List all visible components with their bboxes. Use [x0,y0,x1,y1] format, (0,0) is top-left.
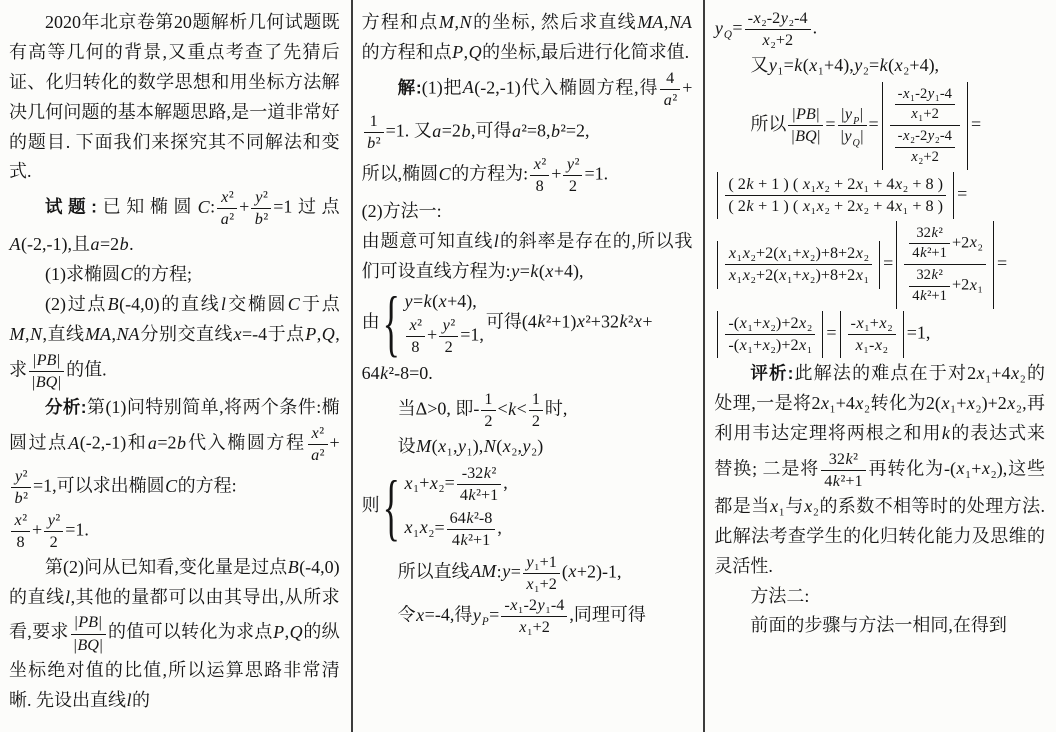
fraction-numerator: x² [406,316,425,337]
fraction-denominator: 4k²+1 [909,244,950,262]
fraction-denominator: 4k²+1 [909,287,950,305]
fraction: -x₂-2y₂-4x₂+2 [745,9,811,50]
fraction-denominator: x₁-x₂ [848,335,896,355]
paragraph: 又y₁=k(x₁+4),y₂=k(x₂+4), [714,51,1045,81]
cases-row: x₁+x₂=-32k²4k²+1, [404,463,508,506]
fraction-numerator: x² [11,511,30,532]
fraction: x²8 [530,155,549,196]
absolute-value-group: 32k²4k²+1+2x₂32k²4k²+1+2x₁ [896,221,994,309]
fraction: x²a² [217,188,237,229]
paragraph: x₁x₂+2(x₁+x₂)+8+2x₂x₁x₂+2(x₁+x₂)+8+2x₁=3… [714,220,1045,310]
fraction-denominator: |BQ| [71,635,106,655]
fraction: y²b² [251,188,271,229]
fraction-denominator: x₁+2 [895,105,955,123]
fraction-numerator: -x₁-2y₁-4 [895,86,955,105]
fraction-numerator: ( 2k + 1 ) ( x₁x₂ + 2x₁ + 4x₂ + 8 ) [725,175,946,196]
fraction: 1b² [364,112,384,153]
fraction-denominator: ( 2k + 1 ) ( x₁x₂ + 2x₂ + 4x₁ + 8 ) [725,196,946,216]
fraction-denominator: 8 [530,176,549,196]
column-middle: 方程和点M,N的坐标, 然后求直线MA,NA的方程和点P,Q的坐标,最后进行化简… [353,0,704,732]
subscript: P [853,116,860,127]
column-right: yQ=-x₂-2y₂-4x₂+2.又y₁=k(x₁+4),y₂=k(x₂+4),… [705,0,1056,732]
fraction-numerator: x² [217,188,237,209]
fraction-denominator: -x₂-2y₂-4x₂+2 [890,126,960,166]
fraction-denominator: 2 [44,532,63,552]
fraction: |yP||yQ| [838,105,867,146]
fraction-numerator: 32k²4k²+1+2x₂ [904,224,986,265]
fraction-numerator: |PB| [29,351,64,372]
subscript: Q [852,138,860,149]
fraction-denominator: b² [251,209,271,229]
section-label: 试题: [45,197,97,217]
cases-row: x²8+y²2=1, [404,315,484,358]
absolute-value-group: -x₁-2y₁-4x₁+2-x₂-2y₂-4x₂+2 [882,82,968,170]
fraction: -x₁-2y₁-4x₁+2 [895,86,955,123]
fraction-denominator: x₁+2 [501,617,567,637]
paragraph: 所以,椭圆C的方程为:x²8+y²2=1. [362,154,693,197]
fraction-numerator: 1 [364,112,384,133]
fraction-denominator: 2 [563,176,582,196]
fraction: -x₁-2y₁-4x₁+2 [501,596,567,637]
paragraph: x²8+y²2=1. [9,510,340,553]
column-left: 2020年北京卷第20题解析几何试题既有高等几何的背景,又重点考查了先猜后证、化… [0,0,351,732]
fraction-numerator: -x₁-2y₁-4x₁+2 [890,85,960,126]
paragraph: 2020年北京卷第20题解析几何试题既有高等几何的背景,又重点考查了先猜后证、化… [9,8,340,187]
fraction-numerator: y² [251,188,271,209]
fraction-numerator: 1 [529,390,543,411]
paragraph: (2)方法一: [362,197,693,227]
fraction: -x₁-2y₁-4x₁+2-x₂-2y₂-4x₂+2 [890,85,960,167]
fraction: 12 [481,390,495,431]
fraction-denominator: 32k²4k²+1+2x₁ [904,265,986,305]
fraction-numerator: 32k² [909,267,950,286]
fraction-denominator: x₂+2 [745,30,811,50]
fraction-denominator: a² [217,209,237,229]
fraction-denominator: a² [308,445,328,465]
absolute-value-group: ( 2k + 1 ) ( x₁x₂ + 2x₁ + 4x₂ + 8 )( 2k … [717,172,954,219]
fraction-numerator: -x₁+x₂ [848,314,896,335]
paragraph: yQ=-x₂-2y₂-4x₂+2. [714,8,1045,51]
fraction-numerator: 32k² [909,225,950,244]
paragraph: (1)求椭圆C的方程; [9,260,340,290]
fraction-denominator: 2 [481,411,495,431]
fraction: y²2 [439,316,458,357]
cases-rows: x₁+x₂=-32k²4k²+1,x₁x₂=64k²-84k²+1, [404,463,508,550]
fraction: y²2 [44,511,63,552]
fraction-denominator: b² [11,488,31,508]
fraction-numerator: x² [530,155,549,176]
fraction-numerator: 4 [660,69,680,90]
fraction-denominator: |yQ| [838,126,867,146]
fraction-denominator: x₂+2 [895,148,955,166]
paragraph: -(x₁+x₂)+2x₂-(x₁+x₂)+2x₁=-x₁+x₂x₁-x₂=1, [714,310,1045,359]
fraction: x₁x₂+2(x₁+x₂)+8+2x₂x₁x₂+2(x₁+x₂)+8+2x₁ [725,244,872,285]
fraction: y²b² [11,467,31,508]
paragraph: 第(2)问从已知看,变化量是过点B(-4,0)的直线l,其他的量都可以由其导出,… [9,553,340,716]
fraction-denominator: |BQ| [29,372,64,392]
paragraph: 解:(1)把A(-2,-1)代入椭圆方程,得4a²+1b²=1. 又a=2b,可… [362,68,693,154]
article-page: 2020年北京卷第20题解析几何试题既有高等几何的背景,又重点考查了先猜后证、化… [0,0,1056,732]
fraction: -32k²4k²+1 [457,464,501,505]
cases-group: {x₁+x₂=-32k²4k²+1,x₁x₂=64k²-84k²+1, [382,463,508,550]
fraction: y²2 [563,155,582,196]
fraction-numerator: |yP| [838,105,867,126]
fraction: -x₁+x₂x₁-x₂ [848,314,896,355]
fraction: ( 2k + 1 ) ( x₁x₂ + 2x₁ + 4x₂ + 8 )( 2k … [725,175,946,216]
fraction-numerator: |PB| [71,613,106,634]
paragraph: 所以直线AM:y=y₁+1x₁+2(x+2)-1, [362,552,693,595]
fraction-numerator: y² [439,316,458,337]
paragraph: ( 2k + 1 ) ( x₁x₂ + 2x₁ + 4x₂ + 8 )( 2k … [714,171,1045,220]
section-label: 分析: [45,397,87,417]
subscript: P [481,616,489,628]
paragraph: 分析:第(1)问特别简单,将两个条件:椭圆过点A(-2,-1)和a=2b代入椭圆… [9,393,340,509]
fraction-denominator: x₁+2 [523,574,560,594]
fraction-numerator: -x₂-2y₂-4 [745,9,811,30]
fraction-denominator: 8 [406,337,425,357]
absolute-value-group: x₁x₂+2(x₁+x₂)+8+2x₂x₁x₂+2(x₁+x₂)+8+2x₁ [717,241,880,288]
fraction: x²a² [308,424,328,465]
fraction-denominator: x₁x₂+2(x₁+x₂)+8+2x₁ [725,265,872,285]
fraction-denominator: b² [364,133,384,153]
fraction-numerator: y² [44,511,63,532]
fraction-numerator: -x₂-2y₂-4 [895,128,955,147]
section-label: 解: [398,77,422,97]
fraction-denominator: 4k²+1 [457,485,501,505]
fraction: 12 [529,390,543,431]
fraction: x²8 [11,511,30,552]
paragraph: 由题意可知直线l的斜率是存在的,所以我们可设直线方程为:y=k(x+4), [362,227,693,287]
section-label: 评析: [750,363,793,383]
fraction: |PB||BQ| [29,351,64,392]
fraction-denominator: |BQ| [788,126,823,146]
fraction-numerator: -32k² [457,464,501,485]
fraction-numerator: 64k²-8 [447,509,496,530]
fraction: 32k²4k²+1+2x₂32k²4k²+1+2x₁ [904,224,986,306]
left-brace: { [383,470,400,544]
fraction-denominator: a² [660,90,680,110]
paragraph: 由{y=k(x+4),x²8+y²2=1,可得(4k²+1)x²+32k²x+ [362,287,693,359]
fraction-denominator: 2 [529,411,543,431]
fraction-numerator: y² [11,467,31,488]
fraction: -x₂-2y₂-4x₂+2 [895,128,955,165]
cases-group: {y=k(x+4),x²8+y²2=1, [382,288,484,358]
fraction-denominator: 4k²+1 [447,530,496,550]
paragraph: 设M(x₁,y₁),N(x₂,y₂) [362,432,693,462]
cases-row: x₁x₂=64k²-84k²+1, [404,508,502,551]
paragraph: 试题:已知椭圆C:x²a²+y²b²=1过点A(-2,-1),且a=2b. [9,187,340,260]
absolute-value-group: -(x₁+x₂)+2x₂-(x₁+x₂)+2x₁ [717,311,823,358]
left-brace: { [383,286,400,360]
paragraph: 方程和点M,N的坐标, 然后求直线MA,NA的方程和点P,Q的坐标,最后进行化简… [362,8,693,68]
fraction: 32k²4k²+1 [821,450,865,491]
fraction-numerator: 32k² [821,450,865,471]
fraction-numerator: x² [308,424,328,445]
fraction-denominator: 2 [439,337,458,357]
paragraph: 评析:此解法的难点在于对2x₁+4x₂的处理,一是将2x₁+4x₂转化为2(x₁… [714,359,1045,581]
fraction-numerator: x₁x₂+2(x₁+x₂)+8+2x₂ [725,244,872,265]
paragraph: 当Δ>0, 即-12<k<12时, [362,389,693,432]
fraction: y₁+1x₁+2 [523,553,560,594]
cases-row: y=k(x+4), [404,288,477,314]
cases-rows: y=k(x+4),x²8+y²2=1, [404,288,484,358]
fraction: |PB||BQ| [788,105,823,146]
fraction-denominator: -(x₁+x₂)+2x₁ [725,335,815,355]
paragraph: 则{x₁+x₂=-32k²4k²+1,x₁x₂=64k²-84k²+1, [362,462,693,551]
paragraph: 64k²-8=0. [362,359,693,389]
paragraph: 前面的步骤与方法一相同,在得到 [714,611,1045,641]
fraction: -(x₁+x₂)+2x₂-(x₁+x₂)+2x₁ [725,314,815,355]
fraction-denominator: 8 [11,532,30,552]
subscript: Q [723,29,732,41]
fraction-numerator: y₁+1 [523,553,560,574]
paragraph: 所以|PB||BQ|=|yP||yQ|=-x₁-2y₁-4x₁+2-x₂-2y₂… [714,81,1045,171]
fraction: 64k²-84k²+1 [447,509,496,550]
fraction-denominator: 4k²+1 [821,471,865,491]
fraction: |PB||BQ| [71,613,106,654]
paragraph: 令x=-4,得yP=-x₁-2y₁-4x₁+2,同理可得 [362,595,693,638]
absolute-value-group: -x₁+x₂x₁-x₂ [840,311,904,358]
fraction-numerator: -x₁-2y₁-4 [501,596,567,617]
paragraph: (2)过点B(-4,0)的直线l交椭圆C于点M,N,直线MA,NA分别交直线x=… [9,290,340,393]
fraction-numerator: |PB| [788,105,823,126]
fraction-numerator: y² [563,155,582,176]
paragraph: 方法二: [714,582,1045,612]
fraction: 32k²4k²+1 [909,267,950,304]
fraction-numerator: -(x₁+x₂)+2x₂ [725,314,815,335]
fraction: 4a² [660,69,680,110]
fraction: 32k²4k²+1 [909,225,950,262]
fraction: x²8 [406,316,425,357]
fraction-numerator: 1 [481,390,495,411]
